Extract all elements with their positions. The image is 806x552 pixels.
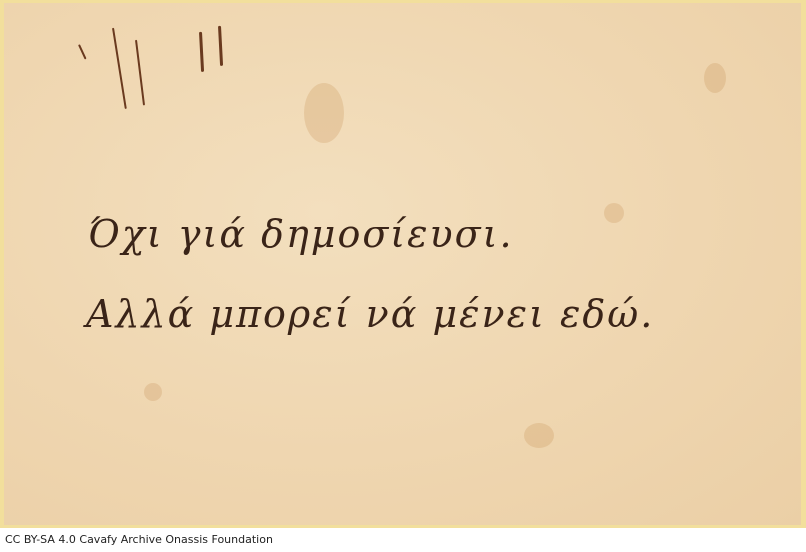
note-line-2: Αλλά μπορεί νά μένει εδώ. bbox=[86, 292, 654, 336]
handwritten-text: Όχι γιά δημοσίευσι. Αλλά μπορεί νά μένει… bbox=[0, 0, 806, 528]
note-line-1: Όχι γιά δημοσίευσι. bbox=[88, 212, 514, 256]
scanned-document: Όχι γιά δημοσίευσι. Αλλά μπορεί νά μένει… bbox=[0, 0, 806, 528]
license-credit: CC BY-SA 4.0 Cavafy Archive Onassis Foun… bbox=[5, 533, 273, 546]
